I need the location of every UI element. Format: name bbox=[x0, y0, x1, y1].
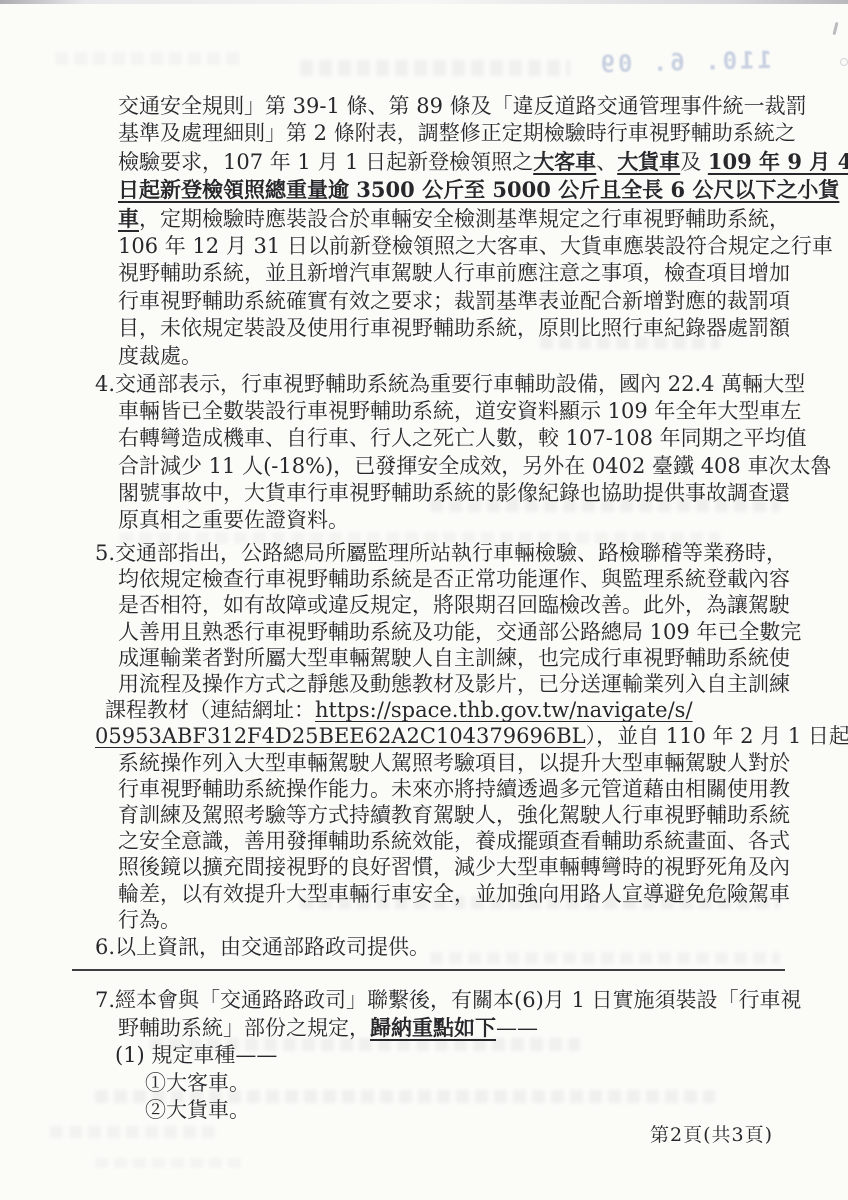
text-line: 輪差，以有效提升大型車輛行車安全，並加強向用路人宣導避免危險駕車 bbox=[95, 881, 848, 907]
text-line: 均依規定檢查行車視野輔助系統是否正常功能運作、與監理系統登載內容 bbox=[95, 566, 848, 592]
text-line: 之安全意識，善用發揮輔助系統效能，養成擺頭查看輔助系統畫面、各式 bbox=[95, 828, 848, 854]
text-line: 日起新登檢領照總重量逾 3500 公斤至 5000 公斤且全長 6 公尺以下之小… bbox=[118, 176, 848, 204]
text-line: 閣號事故中，大貨車行車視野輔助系統的影像紀錄也協助提供事故調查還 bbox=[95, 480, 831, 507]
text-line: 行車視野輔助系統操作能力。未來亦將持續透過多元管道藉由相關使用教 bbox=[95, 776, 848, 802]
text-segment: 用流程及操作方式之靜態及動態教材及影片，已分送運輸業列入自主訓練 bbox=[118, 672, 790, 696]
text-line: 課程教材（連結網址：https://space.thb.gov.tw/navig… bbox=[95, 697, 848, 723]
text-line: 交通安全規則」第 39-1 條、第 89 條及「違反道路交通管理事件統一裁罰 bbox=[118, 93, 848, 120]
text-segment: 照後鏡以擴充間接視野的良好習慣，減少大型車輛轉彎時的視野死角及內 bbox=[118, 855, 790, 879]
text-segment: 行車視野輔助系統操作能力。未來亦將持續透過多元管道藉由相關使用教 bbox=[118, 777, 790, 801]
text-line: 合計減少 11 人(-18%)，已發揮安全成效，另外在 0402 臺鐵 408 … bbox=[95, 453, 831, 480]
vehicle-type-truck-emphasis: 大貨車 bbox=[617, 149, 680, 174]
text-line: ①大客車。 bbox=[95, 1070, 802, 1097]
paragraph-item3-continuation: 交通安全規則」第 39-1 條、第 89 條及「違反道路交通管理事件統一裁罰 基… bbox=[118, 93, 848, 370]
text-line: 行為。 bbox=[95, 907, 848, 933]
text-segment: 野輔助系統」部份之規定， bbox=[118, 1016, 370, 1040]
text-segment: 交通部指出，公路總局所屬監理所站執行車輛檢驗、路檢聯稽等業務時， bbox=[115, 541, 787, 565]
text-line: 目，未依規定裝設及使用行車視野輔助系統，原則比照行車紀錄器處罰額 bbox=[118, 315, 848, 342]
text-segment: 系統操作列入大型車輛駕駛人駕照考驗項目，以提升大型車輛駕駛人對於 bbox=[118, 751, 790, 775]
text-line: 野輔助系統」部份之規定，歸納重點如下—— bbox=[95, 1014, 802, 1042]
text-segment: —— bbox=[496, 1016, 538, 1040]
text-segment: ），並自 110 年 2 月 1 日起將該等 bbox=[586, 724, 848, 748]
text-segment: 輪差，以有效提升大型車輛行車安全，並加強向用路人宣導避免危險駕車 bbox=[118, 882, 790, 906]
item-number: 4. bbox=[95, 372, 115, 396]
text-line: 右轉彎造成機車、自行車、行人之死亡人數，較 107-108 年同期之平均值 bbox=[95, 425, 831, 452]
text-line: 度裁處。 bbox=[118, 343, 848, 370]
text-segment: 目，未依規定裝設及使用行車視野輔助系統，原則比照行車紀錄器處罰額 bbox=[118, 316, 790, 340]
text-segment: 成運輸業者對所屬大型車輛駕駛人自主訓練，也完成行車視野輔助系統使 bbox=[118, 646, 790, 670]
scan-edge-artifact bbox=[0, 0, 848, 4]
text-segment: 、 bbox=[596, 150, 617, 174]
sub-item-circled-1: ①大客車。 bbox=[145, 1071, 250, 1095]
text-line: 6.以上資訊，由交通部路政司提供。 bbox=[95, 934, 430, 961]
list-item-6: 6.以上資訊，由交通部路政司提供。 bbox=[95, 934, 430, 961]
list-item-4: 4.交通部表示，行車視野輔助系統為重要行車輔助設備，國內 22.4 萬輛大型 車… bbox=[95, 371, 831, 534]
url-text: https://space.thb.gov.tw/navigate/s/ bbox=[315, 698, 693, 722]
text-segment: 經本會與「交通路路政司」聯繫後，有關本(6)月 1 日實施須裝設「行車視 bbox=[115, 988, 801, 1012]
text-segment: 課程教材（連結網址： bbox=[105, 698, 315, 722]
scan-mark-artifact bbox=[832, 22, 838, 35]
text-line: 5.交通部指出，公路總局所屬監理所站執行車輛檢驗、路檢聯稽等業務時， bbox=[95, 540, 848, 566]
sub-item-circled-2: ②大貨車。 bbox=[145, 1098, 250, 1122]
bleed-through-artifact bbox=[300, 60, 570, 76]
text-line: 檢驗要求，107 年 1 月 1 日起新登檢領照之大客車、大貨車及 109 年 … bbox=[118, 148, 848, 176]
text-line: 人善用且熟悉行車視野輔助系統及功能，交通部公路總局 109 年已全數完 bbox=[95, 619, 848, 645]
text-segment: 以上資訊，由交通部路政司提供。 bbox=[115, 935, 430, 959]
summary-heading-emphasis: 歸納重點如下 bbox=[370, 1015, 496, 1040]
text-segment: 均依規定檢查行車視野輔助系統是否正常功能運作、與監理系統登載內容 bbox=[118, 567, 790, 591]
text-segment: 檢驗要求，107 年 1 月 1 日起新登檢領照之 bbox=[118, 150, 533, 174]
text-line: 106 年 12 月 31 日以前新登檢領照之大客車、大貨車應裝設符合規定之行車 bbox=[118, 233, 848, 260]
weight-limit-emphasis: 日起新登檢領照總重量逾 3500 公斤至 5000 公斤且全長 6 公尺以下之小… bbox=[118, 177, 839, 202]
text-segment: 車輛皆已全數裝設行車視野輔助系統，道安資料顯示 109 年全年大型車左 bbox=[118, 399, 801, 423]
sub-item-label: (1) 規定車種—— bbox=[115, 1043, 277, 1067]
text-segment: 閣號事故中，大貨車行車視野輔助系統的影像紀錄也協助提供事故調查還 bbox=[118, 481, 790, 505]
text-segment: 之安全意識，善用發揮輔助系統效能，養成擺頭查看輔助系統畫面、各式 bbox=[118, 829, 790, 853]
mirrored-date-stamp: 110. 6. 09 bbox=[612, 46, 773, 78]
page-footer: 第2頁(共3頁) bbox=[650, 1120, 773, 1147]
text-line: 照後鏡以擴充間接視野的良好習慣，減少大型車輛轉彎時的視野死角及內 bbox=[95, 854, 848, 880]
text-line: 成運輸業者對所屬大型車輛駕駛人自主訓練，也完成行車視野輔助系統使 bbox=[95, 645, 848, 671]
text-line: 行車視野輔助系統確實有效之要求；裁罰基準表並配合新增對應的裁罰項 bbox=[118, 288, 848, 315]
bleed-through-artifact bbox=[95, 1158, 245, 1168]
item-number: 5. bbox=[95, 541, 115, 565]
weight-limit-emphasis: 車 bbox=[118, 206, 139, 231]
text-segment: ，定期檢驗時應裝設合於車輛安全檢測基準規定之行車視野輔助系統， bbox=[139, 207, 790, 231]
text-segment: 及 bbox=[680, 150, 708, 174]
text-line: (1) 規定車種—— bbox=[95, 1042, 802, 1069]
text-line: 視野輔助系統，並且新增汽車駕駛人行車前應注意之事項，檢查項目增加 bbox=[118, 260, 848, 287]
text-segment: 是否相符，如有故障或違反規定，將限期召回臨檢改善。此外，為讓駕駛 bbox=[118, 593, 790, 617]
text-segment: 行車視野輔助系統確實有效之要求；裁罰基準表並配合新增對應的裁罰項 bbox=[118, 289, 790, 313]
text-segment: 基準及處理細則」第 2 條附表，調整修正定期檢驗時行車視野輔助系統之 bbox=[118, 121, 796, 145]
text-line: 系統操作列入大型車輛駕駛人駕照考驗項目，以提升大型車輛駕駛人對於 bbox=[95, 750, 848, 776]
list-item-5: 5.交通部指出，公路總局所屬監理所站執行車輛檢驗、路檢聯稽等業務時， 均依規定檢… bbox=[95, 540, 848, 933]
scanned-document-page: 110. 6. 09 交通安全規則」第 39-1 條、第 89 條及「違反道路交… bbox=[0, 0, 848, 1200]
text-segment: 交通安全規則」第 39-1 條、第 89 條及「違反道路交通管理事件統一裁罰 bbox=[118, 94, 807, 118]
text-line: 05953ABF312F4D25BEE62A2C104379696BL），並自 … bbox=[95, 723, 848, 749]
text-segment: 視野輔助系統，並且新增汽車駕駛人行車前應注意之事項，檢查項目增加 bbox=[118, 261, 790, 285]
text-line: 用流程及操作方式之靜態及動態教材及影片，已分送運輸業列入自主訓練 bbox=[95, 671, 848, 697]
text-segment: 人善用且熟悉行車視野輔助系統及功能，交通部公路總局 109 年已全數完 bbox=[118, 620, 801, 644]
text-line: 是否相符，如有故障或違反規定，將限期召回臨檢改善。此外，為讓駕駛 bbox=[95, 592, 848, 618]
text-segment: 合計減少 11 人(-18%)，已發揮安全成效，另外在 0402 臺鐵 408 … bbox=[118, 454, 831, 478]
date-emphasis: 109 年 9 月 4 bbox=[708, 149, 848, 174]
text-line: 育訓練及駕照考驗等方式持續教育駕駛人，強化駕駛人行車視野輔助系統 bbox=[95, 802, 848, 828]
text-line: 原真相之重要佐證資料。 bbox=[95, 507, 831, 534]
text-line: 7.經本會與「交通路路政司」聯繫後，有關本(6)月 1 日實施須裝設「行車視 bbox=[95, 987, 802, 1014]
scan-mark-artifact bbox=[840, 58, 848, 66]
text-segment: 行為。 bbox=[118, 908, 181, 932]
text-line: 車，定期檢驗時應裝設合於車輛安全檢測基準規定之行車視野輔助系統， bbox=[118, 205, 848, 233]
url-text: 05953ABF312F4D25BEE62A2C104379696BL bbox=[95, 724, 586, 748]
text-segment: 原真相之重要佐證資料。 bbox=[118, 508, 349, 532]
text-segment: 106 年 12 月 31 日以前新登檢領照之大客車、大貨車應裝設符合規定之行車 bbox=[118, 234, 833, 258]
item-number: 7. bbox=[95, 988, 115, 1012]
text-segment: 育訓練及駕照考驗等方式持續教育駕駛人，強化駕駛人行車視野輔助系統 bbox=[118, 803, 790, 827]
separator-line bbox=[72, 969, 785, 971]
item-number: 6. bbox=[95, 935, 115, 959]
text-segment: 交通部表示，行車視野輔助系統為重要行車輔助設備，國內 22.4 萬輛大型 bbox=[115, 372, 805, 396]
bleed-through-artifact bbox=[50, 1126, 220, 1138]
text-line: 4.交通部表示，行車視野輔助系統為重要行車輔助設備，國內 22.4 萬輛大型 bbox=[95, 371, 831, 398]
bleed-through-artifact bbox=[55, 52, 245, 65]
text-segment: 右轉彎造成機車、自行車、行人之死亡人數，較 107-108 年同期之平均值 bbox=[118, 426, 807, 450]
vehicle-type-bus-emphasis: 大客車 bbox=[533, 149, 596, 174]
text-segment: 度裁處。 bbox=[118, 344, 202, 368]
text-line: 基準及處理細則」第 2 條附表，調整修正定期檢驗時行車視野輔助系統之 bbox=[118, 120, 848, 147]
bleed-through-artifact bbox=[430, 952, 780, 964]
text-line: 車輛皆已全數裝設行車視野輔助系統，道安資料顯示 109 年全年大型車左 bbox=[95, 398, 831, 425]
list-item-7: 7.經本會與「交通路路政司」聯繫後，有關本(6)月 1 日實施須裝設「行車視 野… bbox=[95, 987, 802, 1124]
